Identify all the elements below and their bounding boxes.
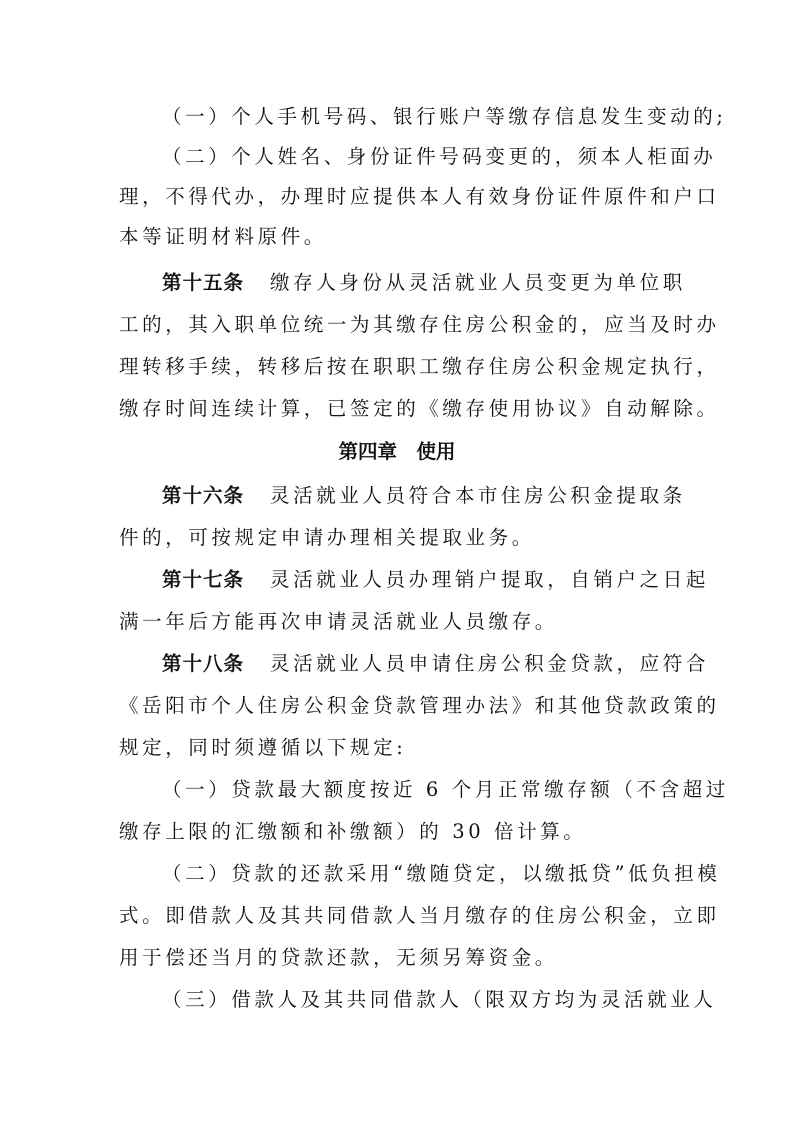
article-18: 第十八条灵活就业人员申请住房公积金贷款，应符合 — [162, 652, 677, 676]
article-label: 第十六条 — [162, 484, 244, 507]
article-text: 灵活就业人员办理销户提取，自销户之日起 — [270, 568, 709, 591]
text-line: 满一年后方能再次申请灵活就业人员缴存。 — [119, 610, 677, 634]
text-line: （一）贷款最大额度按近 6 个月正常缴存额（不含超过 — [162, 778, 677, 802]
text-line: （二）个人姓名、身份证件号码变更的，须本人柜面办 — [162, 145, 677, 169]
text-line: 理，不得代办，办理时应提供本人有效身份证件原件和户口 — [119, 185, 677, 209]
article-16: 第十六条灵活就业人员符合本市住房公积金提取条 — [162, 484, 677, 508]
text-line: 缴存上限的汇缴额和补缴额）的 30 倍计算。 — [119, 820, 677, 844]
chapter-heading: 第四章 使用 — [0, 440, 794, 464]
article-text: 灵活就业人员符合本市住房公积金提取条 — [270, 484, 686, 507]
text-line: 件的，可按规定申请办理相关提取业务。 — [119, 526, 677, 550]
text-line: 式。即借款人及其共同借款人当月缴存的住房公积金，立即 — [119, 904, 677, 928]
text-line: （一）个人手机号码、银行账户等缴存信息发生变动的; — [162, 105, 677, 129]
text-line: 理转移手续，转移后按在职职工缴存住房公积金规定执行， — [119, 355, 677, 379]
text-line: （三）借款人及其共同借款人（限双方均为灵活就业人 — [162, 988, 677, 1012]
article-text: 缴存人身份从灵活就业人员变更为单位职 — [270, 271, 686, 294]
text-line: （二）贷款的还款采用“缴随贷定，以缴抵贷”低负担模 — [162, 862, 677, 886]
article-label: 第十五条 — [162, 271, 244, 294]
text-line: 本等证明材料原件。 — [119, 225, 677, 249]
text-line: 用于偿还当月的贷款还款，无须另筹资金。 — [119, 946, 677, 970]
text-line: 《岳阳市个人住房公积金贷款管理办法》和其他贷款政策的 — [119, 694, 677, 718]
text-line: 工的，其入职单位统一为其缴存住房公积金的，应当及时办 — [119, 313, 677, 337]
article-text: 灵活就业人员申请住房公积金贷款，应符合 — [270, 652, 709, 675]
document-page: （一）个人手机号码、银行账户等缴存信息发生变动的; （二）个人姓名、身份证件号码… — [0, 0, 794, 1122]
text-line: 规定，同时须遵循以下规定: — [119, 736, 677, 760]
article-label: 第十八条 — [162, 652, 244, 675]
article-15: 第十五条缴存人身份从灵活就业人员变更为单位职 — [162, 271, 677, 295]
article-17: 第十七条灵活就业人员办理销户提取，自销户之日起 — [162, 568, 677, 592]
text-line: 缴存时间连续计算，已签定的《缴存使用协议》自动解除。 — [119, 397, 677, 421]
article-label: 第十七条 — [162, 568, 244, 591]
